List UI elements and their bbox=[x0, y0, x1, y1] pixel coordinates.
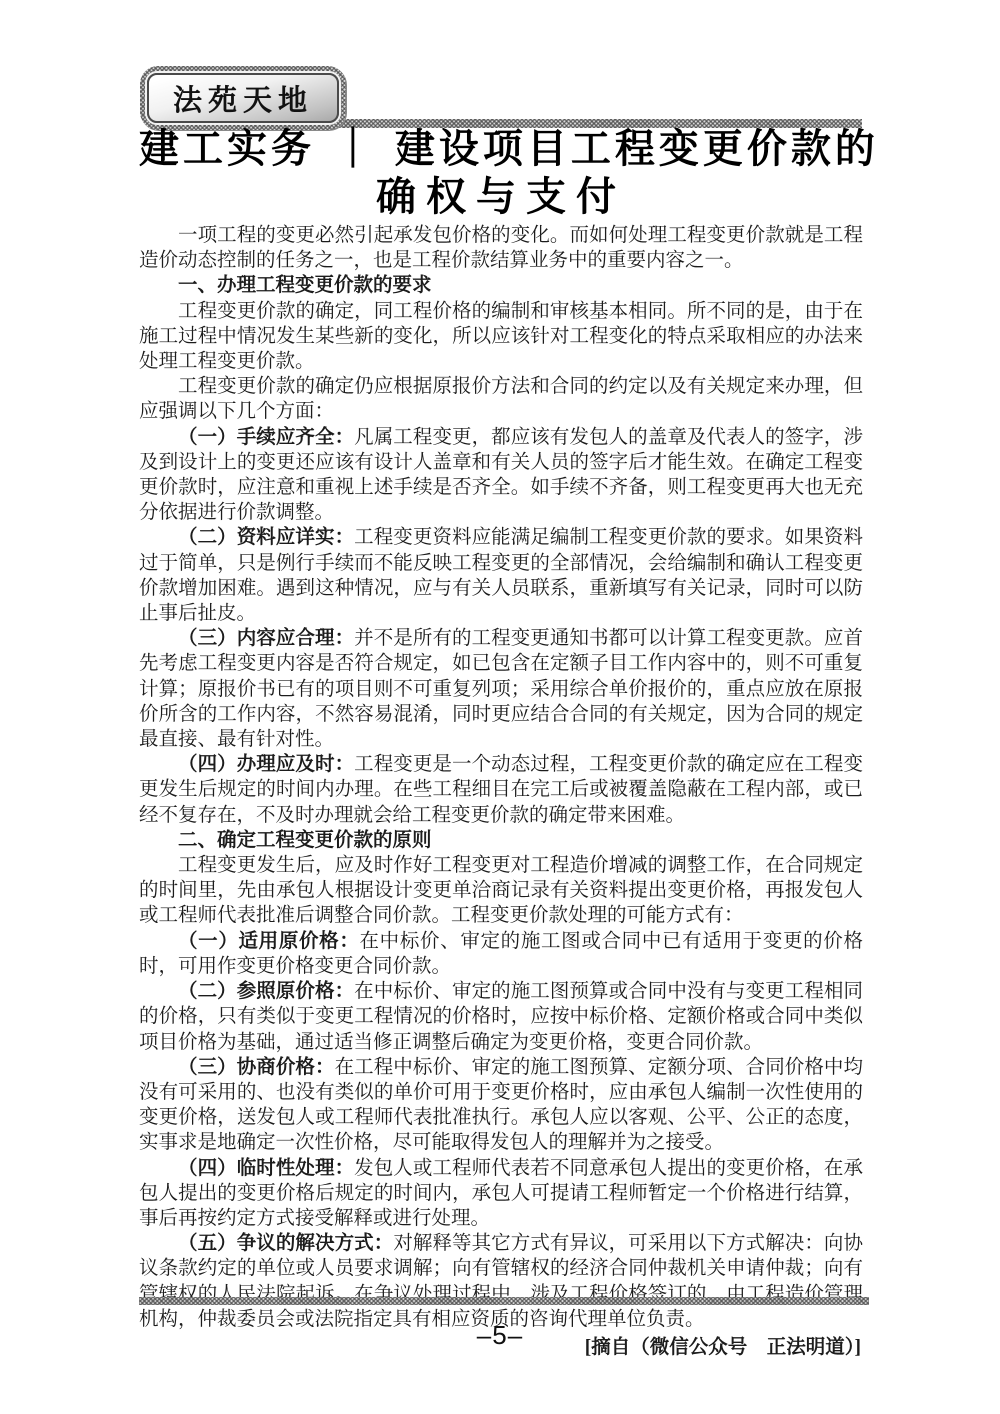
paragraph: （二）参照原价格：在中标价、审定的施工图预算或合同中没有与变更工程相同的价格，只… bbox=[139, 979, 863, 1055]
paragraph: （一）手续应齐全：凡属工程变更，都应该有发包人的盖章及代表人的签字，涉及到设计上… bbox=[139, 425, 863, 526]
paragraph: （三）协商价格：在工程中标价、审定的施工图预算、定额分项、合同价格中均没有可采用… bbox=[139, 1055, 863, 1156]
column-badge-face: 法苑天地 bbox=[147, 73, 339, 123]
paragraph-label: （三）协商价格： bbox=[178, 1057, 335, 1078]
article-title-line1: 建工实务 ｜ 建设项目工程变更价款的 bbox=[139, 124, 863, 174]
intro-paragraph: 一项工程的变更必然引起承发包价格的变化。而如何处理工程变更价款就是工程造价动态控… bbox=[139, 223, 863, 273]
paragraph: （四）办理应及时：工程变更是一个动态过程，工程变更价款的确定应在工程变更发生后规… bbox=[139, 752, 863, 828]
paragraph-label: （四）临时性处理： bbox=[178, 1158, 354, 1179]
paragraph-label: （一）适用原价格： bbox=[178, 931, 360, 952]
paragraph-label: （二）参照原价格： bbox=[178, 981, 354, 1002]
paragraph-label: （五）争议的解决方式： bbox=[178, 1233, 393, 1254]
paragraph: 工程变更发生后，应及时作好工程变更对工程造价增减的调整工作，在合同规定的时间里，… bbox=[139, 853, 863, 929]
paragraph-label: （三）内容应合理： bbox=[178, 628, 354, 649]
paragraph: 工程变更价款的确定仍应根据原报价方法和合同的约定以及有关规定来办理，但应强调以下… bbox=[139, 374, 863, 424]
section-heading-1: 一、办理工程变更价款的要求 bbox=[139, 273, 863, 298]
paragraph: （四）临时性处理：发包人或工程师代表若不同意承包人提出的变更价格，在承包人提出的… bbox=[139, 1156, 863, 1232]
paragraph: 工程变更价款的确定，同工程价格的编制和审核基本相同。所不同的是，由于在施工过程中… bbox=[139, 299, 863, 375]
paragraph: （五）争议的解决方式：对解释等其它方式有异议，可采用以下方式解决：向协议条款约定… bbox=[139, 1231, 863, 1332]
footer-rule bbox=[139, 1297, 869, 1305]
column-badge: 法苑天地 bbox=[140, 66, 346, 130]
paragraph: （三）内容应合理：并不是所有的工程变更通知书都可以计算工程变更款。应首先考虑工程… bbox=[139, 626, 863, 752]
paragraph: （一）适用原价格：在中标价、审定的施工图或合同中已有适用于变更的价格时，可用作变… bbox=[139, 929, 863, 979]
article-title-line2: 确权与支付 bbox=[139, 174, 863, 220]
document-page: 法苑天地 建工实务 ｜ 建设项目工程变更价款的 确权与支付 一项工程的变更必然引… bbox=[0, 0, 1000, 1414]
article-body: 一项工程的变更必然引起承发包价格的变化。而如何处理工程变更价款就是工程造价动态控… bbox=[139, 223, 863, 1360]
section-heading-2: 二、确定工程变更价款的原则 bbox=[139, 828, 863, 853]
paragraph-label: （四）办理应及时： bbox=[178, 754, 354, 775]
paragraph-label: （二）资料应详实： bbox=[178, 527, 354, 548]
paragraph: （二）资料应详实：工程变更资料应能满足编制工程变更价款的要求。如果资料过于简单，… bbox=[139, 525, 863, 626]
column-badge-label: 法苑天地 bbox=[173, 78, 313, 119]
article-title: 建工实务 ｜ 建设项目工程变更价款的 确权与支付 bbox=[139, 124, 863, 220]
page-number: –5– bbox=[0, 1320, 1000, 1351]
paragraph-label: （一）手续应齐全： bbox=[178, 427, 354, 448]
